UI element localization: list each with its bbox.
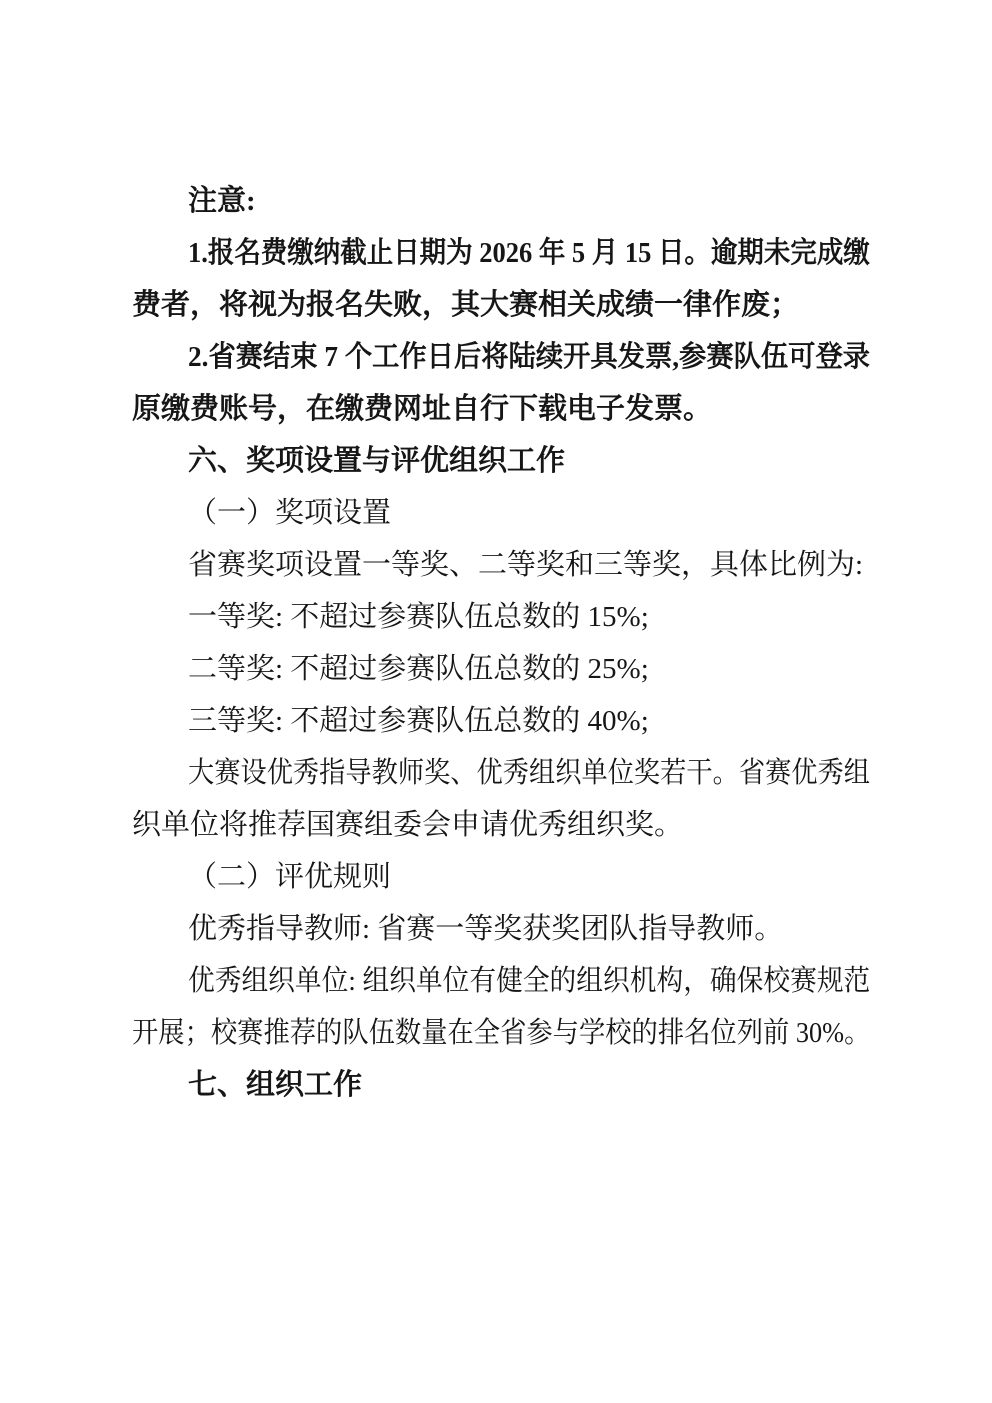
document-line-17: 开展；校赛推荐的队伍数量在全省参与学校的排名位列前 30%。 (132, 1007, 870, 1059)
document-line-16: 优秀组织单位: 组织单位有健全的组织机构，确保校赛规范 (132, 955, 870, 1007)
document-line-text: 开展；校赛推荐的队伍数量在全省参与学校的排名位列前 30%。 (132, 1007, 870, 1059)
document-line-11: 三等奖: 不超过参赛队伍总数的 40%; (132, 695, 870, 747)
document-line-text: 费者，将视为报名失败，其大赛相关成绩一律作废； (132, 279, 799, 331)
document-page: 注意:1.报名费缴纳截止日期为 2026 年 5 月 15 日。逾期未完成缴费者… (0, 0, 992, 1403)
document-line-15: 优秀指导教师: 省赛一等奖获奖团队指导教师。 (132, 903, 870, 955)
document-line-10: 二等奖: 不超过参赛队伍总数的 25%; (132, 643, 870, 695)
document-line-text: 二等奖: 不超过参赛队伍总数的 25%; (188, 643, 649, 695)
document-line-text: 一等奖: 不超过参赛队伍总数的 15%; (188, 591, 649, 643)
document-line-8: 省赛奖项设置一等奖、二等奖和三等奖，具体比例为: (132, 539, 870, 591)
document-line-text: 七、组织工作 (188, 1059, 362, 1111)
document-line-3: 费者，将视为报名失败，其大赛相关成绩一律作废； (132, 279, 870, 331)
document-line-text: 织单位将推荐国赛组委会申请优秀组织奖。 (132, 799, 683, 851)
document-line-18: 七、组织工作 (132, 1059, 870, 1111)
document-body: 注意:1.报名费缴纳截止日期为 2026 年 5 月 15 日。逾期未完成缴费者… (132, 175, 870, 1111)
document-line-text: 三等奖: 不超过参赛队伍总数的 40%; (188, 695, 649, 747)
document-line-text: 大赛设优秀指导教师奖、优秀组织单位奖若干。省赛优秀组 (188, 747, 870, 799)
document-line-6: 六、奖项设置与评优组织工作 (132, 435, 870, 487)
document-line-text: 省赛奖项设置一等奖、二等奖和三等奖，具体比例为: (188, 539, 863, 591)
document-line-text: （一）奖项设置 (188, 487, 391, 539)
document-line-1: 注意: (132, 175, 870, 227)
document-line-13: 织单位将推荐国赛组委会申请优秀组织奖。 (132, 799, 870, 851)
document-line-text: 1.报名费缴纳截止日期为 2026 年 5 月 15 日。逾期未完成缴 (188, 227, 870, 279)
document-line-12: 大赛设优秀指导教师奖、优秀组织单位奖若干。省赛优秀组 (132, 747, 870, 799)
document-line-14: （二）评优规则 (132, 851, 870, 903)
document-line-text: 优秀组织单位: 组织单位有健全的组织机构，确保校赛规范 (188, 955, 870, 1007)
document-line-9: 一等奖: 不超过参赛队伍总数的 15%; (132, 591, 870, 643)
document-line-text: 2.省赛结束 7 个工作日后将陆续开具发票,参赛队伍可登录 (188, 331, 870, 383)
document-line-5: 原缴费账号，在缴费网址自行下载电子发票。 (132, 383, 870, 435)
document-line-text: 六、奖项设置与评优组织工作 (188, 435, 565, 487)
document-line-2: 1.报名费缴纳截止日期为 2026 年 5 月 15 日。逾期未完成缴 (132, 227, 870, 279)
document-line-text: 注意: (188, 175, 256, 227)
document-line-text: （二）评优规则 (188, 851, 391, 903)
document-line-7: （一）奖项设置 (132, 487, 870, 539)
document-line-text: 优秀指导教师: 省赛一等奖获奖团队指导教师。 (188, 903, 783, 955)
document-line-text: 原缴费账号，在缴费网址自行下载电子发票。 (132, 383, 712, 435)
document-line-4: 2.省赛结束 7 个工作日后将陆续开具发票,参赛队伍可登录 (132, 331, 870, 383)
